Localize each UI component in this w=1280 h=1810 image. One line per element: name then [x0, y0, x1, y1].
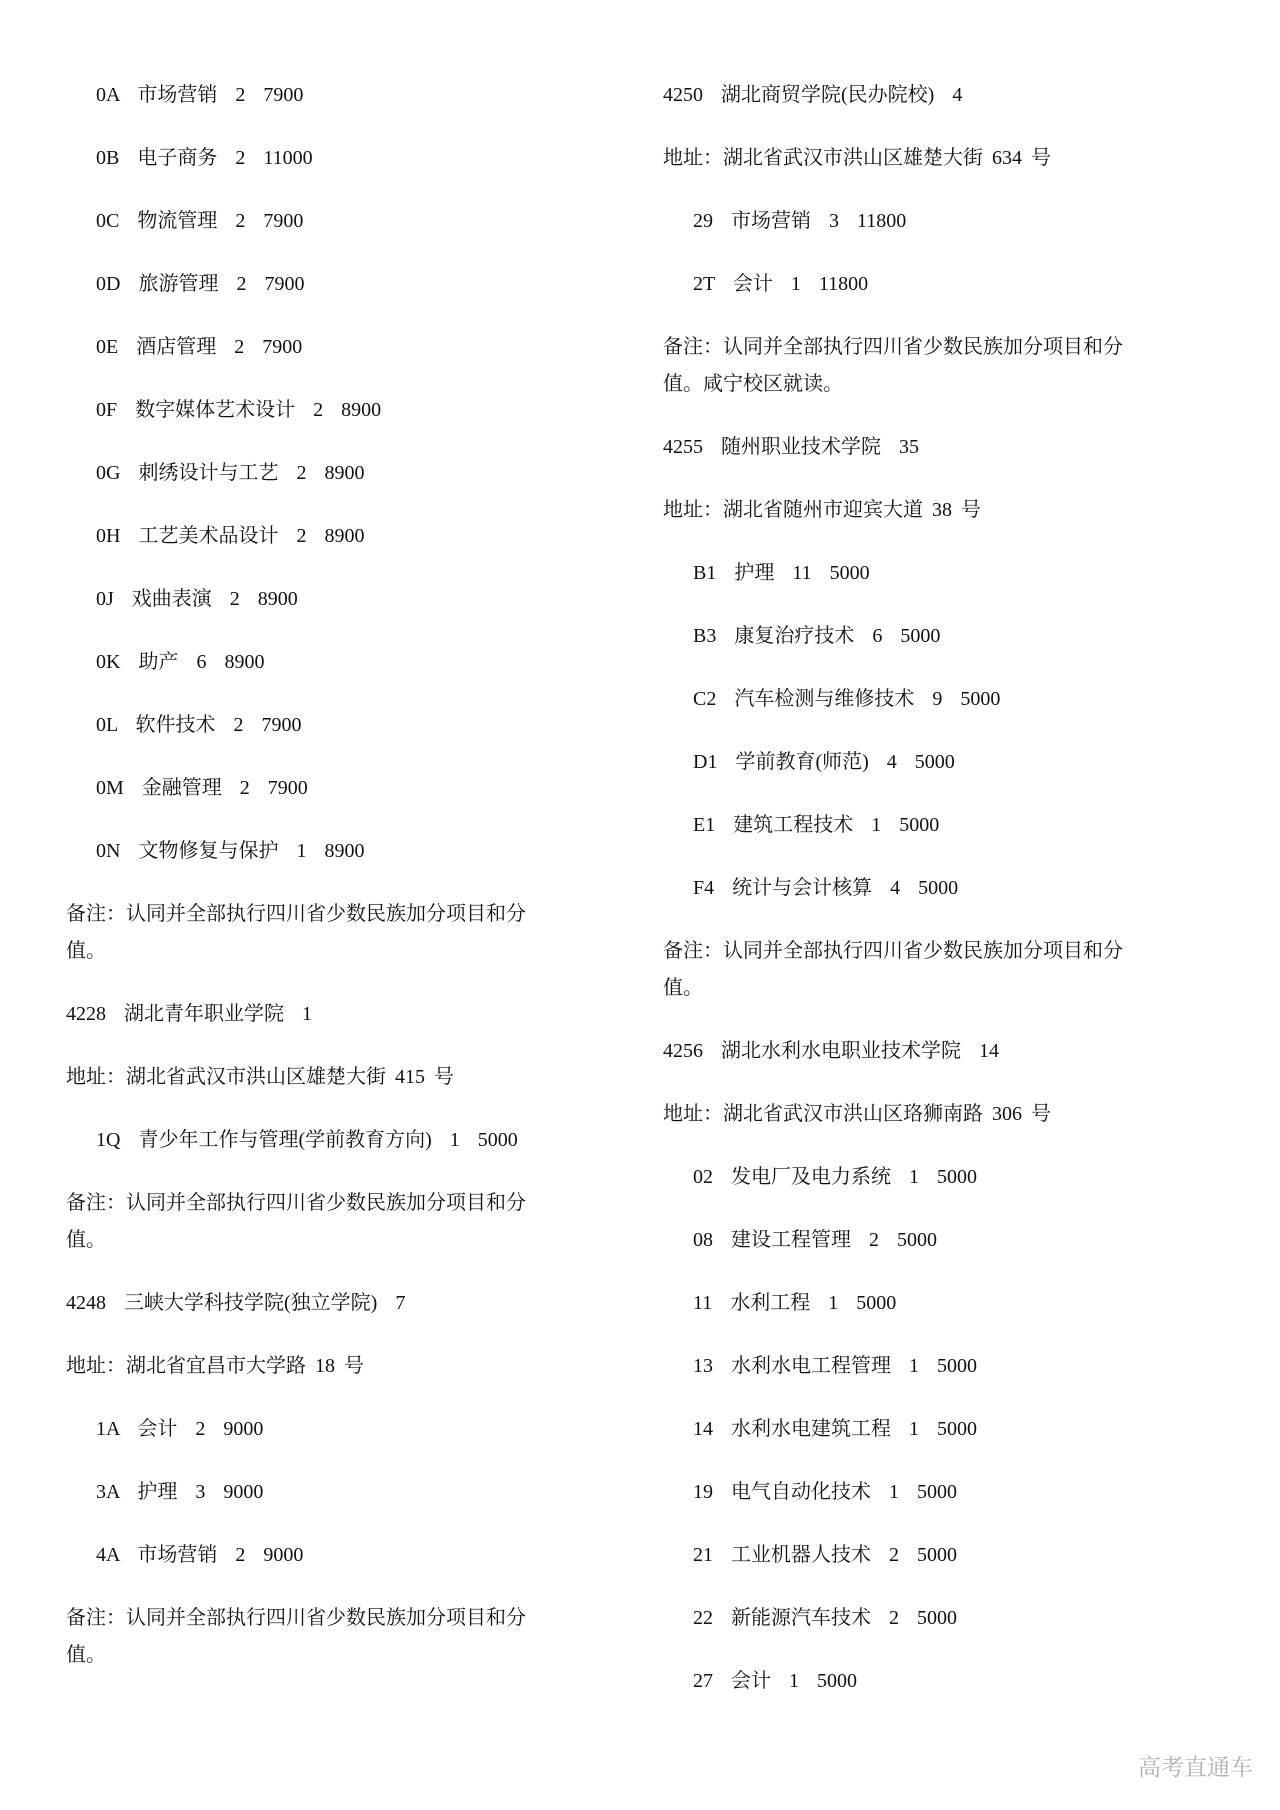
major-item: 0M 金融管理 2 7900 [66, 770, 586, 807]
major-item: F4 统计与会计核算 4 5000 [663, 870, 1208, 907]
college-header: 4248 三峡大学科技学院(独立学院) 7 [66, 1285, 586, 1322]
address-line: 地址：湖北省武汉市洪山区雄楚大街 415 号 [66, 1059, 586, 1096]
note-text: 备注：认同并全部执行四川省少数民族加分项目和分 值。咸宁校区就读。 [663, 329, 1208, 403]
major-item: 0E 酒店管理 2 7900 [66, 329, 586, 366]
major-item: 2T 会计 1 11800 [663, 266, 1208, 303]
major-item: 0C 物流管理 2 7900 [66, 203, 586, 240]
major-item: 0K 助产 6 8900 [66, 644, 586, 681]
major-item: 21 工业机器人技术 2 5000 [663, 1537, 1208, 1574]
note-text: 备注：认同并全部执行四川省少数民族加分项目和分 值。 [66, 896, 586, 970]
major-item: 0H 工艺美术品设计 2 8900 [66, 518, 586, 555]
major-item: E1 建筑工程技术 1 5000 [663, 807, 1208, 844]
major-item: 0G 刺绣设计与工艺 2 8900 [66, 455, 586, 492]
address-line: 地址：湖北省武汉市洪山区珞狮南路 306 号 [663, 1096, 1208, 1133]
college-header: 4250 湖北商贸学院(民办院校) 4 [663, 77, 1208, 114]
major-item: 1A 会计 2 9000 [66, 1411, 586, 1448]
major-item: 08 建设工程管理 2 5000 [663, 1222, 1208, 1259]
left-text-column: 0A 市场营销 2 79000B 电子商务 2 110000C 物流管理 2 7… [66, 77, 586, 1700]
major-item: 0J 戏曲表演 2 8900 [66, 581, 586, 618]
major-item: 02 发电厂及电力系统 1 5000 [663, 1159, 1208, 1196]
major-item: 19 电气自动化技术 1 5000 [663, 1474, 1208, 1511]
note-text: 备注：认同并全部执行四川省少数民族加分项目和分 值。 [66, 1185, 586, 1259]
note-text: 备注：认同并全部执行四川省少数民族加分项目和分 值。 [663, 933, 1208, 1007]
major-item: 22 新能源汽车技术 2 5000 [663, 1600, 1208, 1637]
right-text-column: 4250 湖北商贸学院(民办院校) 4地址：湖北省武汉市洪山区雄楚大街 634 … [663, 77, 1208, 1726]
major-item: 14 水利水电建筑工程 1 5000 [663, 1411, 1208, 1448]
major-item: 0L 软件技术 2 7900 [66, 707, 586, 744]
college-header: 4228 湖北青年职业学院 1 [66, 996, 586, 1033]
watermark-text: 高考直通车 [1138, 1753, 1253, 1783]
address-line: 地址：湖北省随州市迎宾大道 38 号 [663, 492, 1208, 529]
major-item: 13 水利水电工程管理 1 5000 [663, 1348, 1208, 1385]
major-item: 1Q 青少年工作与管理(学前教育方向) 1 5000 [66, 1122, 586, 1159]
major-item: 0F 数字媒体艺术设计 2 8900 [66, 392, 586, 429]
major-item: 27 会计 1 5000 [663, 1663, 1208, 1700]
major-item: 0A 市场营销 2 7900 [66, 77, 586, 114]
major-item: 0N 文物修复与保护 1 8900 [66, 833, 586, 870]
address-line: 地址：湖北省武汉市洪山区雄楚大街 634 号 [663, 140, 1208, 177]
major-item: C2 汽车检测与维修技术 9 5000 [663, 681, 1208, 718]
major-item: 4A 市场营销 2 9000 [66, 1537, 586, 1574]
major-item: 0B 电子商务 2 11000 [66, 140, 586, 177]
major-item: 0D 旅游管理 2 7900 [66, 266, 586, 303]
major-item: 3A 护理 3 9000 [66, 1474, 586, 1511]
major-item: 11 水利工程 1 5000 [663, 1285, 1208, 1322]
major-item: B3 康复治疗技术 6 5000 [663, 618, 1208, 655]
college-header: 4255 随州职业技术学院 35 [663, 429, 1208, 466]
note-text: 备注：认同并全部执行四川省少数民族加分项目和分 值。 [66, 1600, 586, 1674]
address-line: 地址：湖北省宜昌市大学路 18 号 [66, 1348, 586, 1385]
college-header: 4256 湖北水利水电职业技术学院 14 [663, 1033, 1208, 1070]
major-item: B1 护理 11 5000 [663, 555, 1208, 592]
major-item: 29 市场营销 3 11800 [663, 203, 1208, 240]
major-item: D1 学前教育(师范) 4 5000 [663, 744, 1208, 781]
